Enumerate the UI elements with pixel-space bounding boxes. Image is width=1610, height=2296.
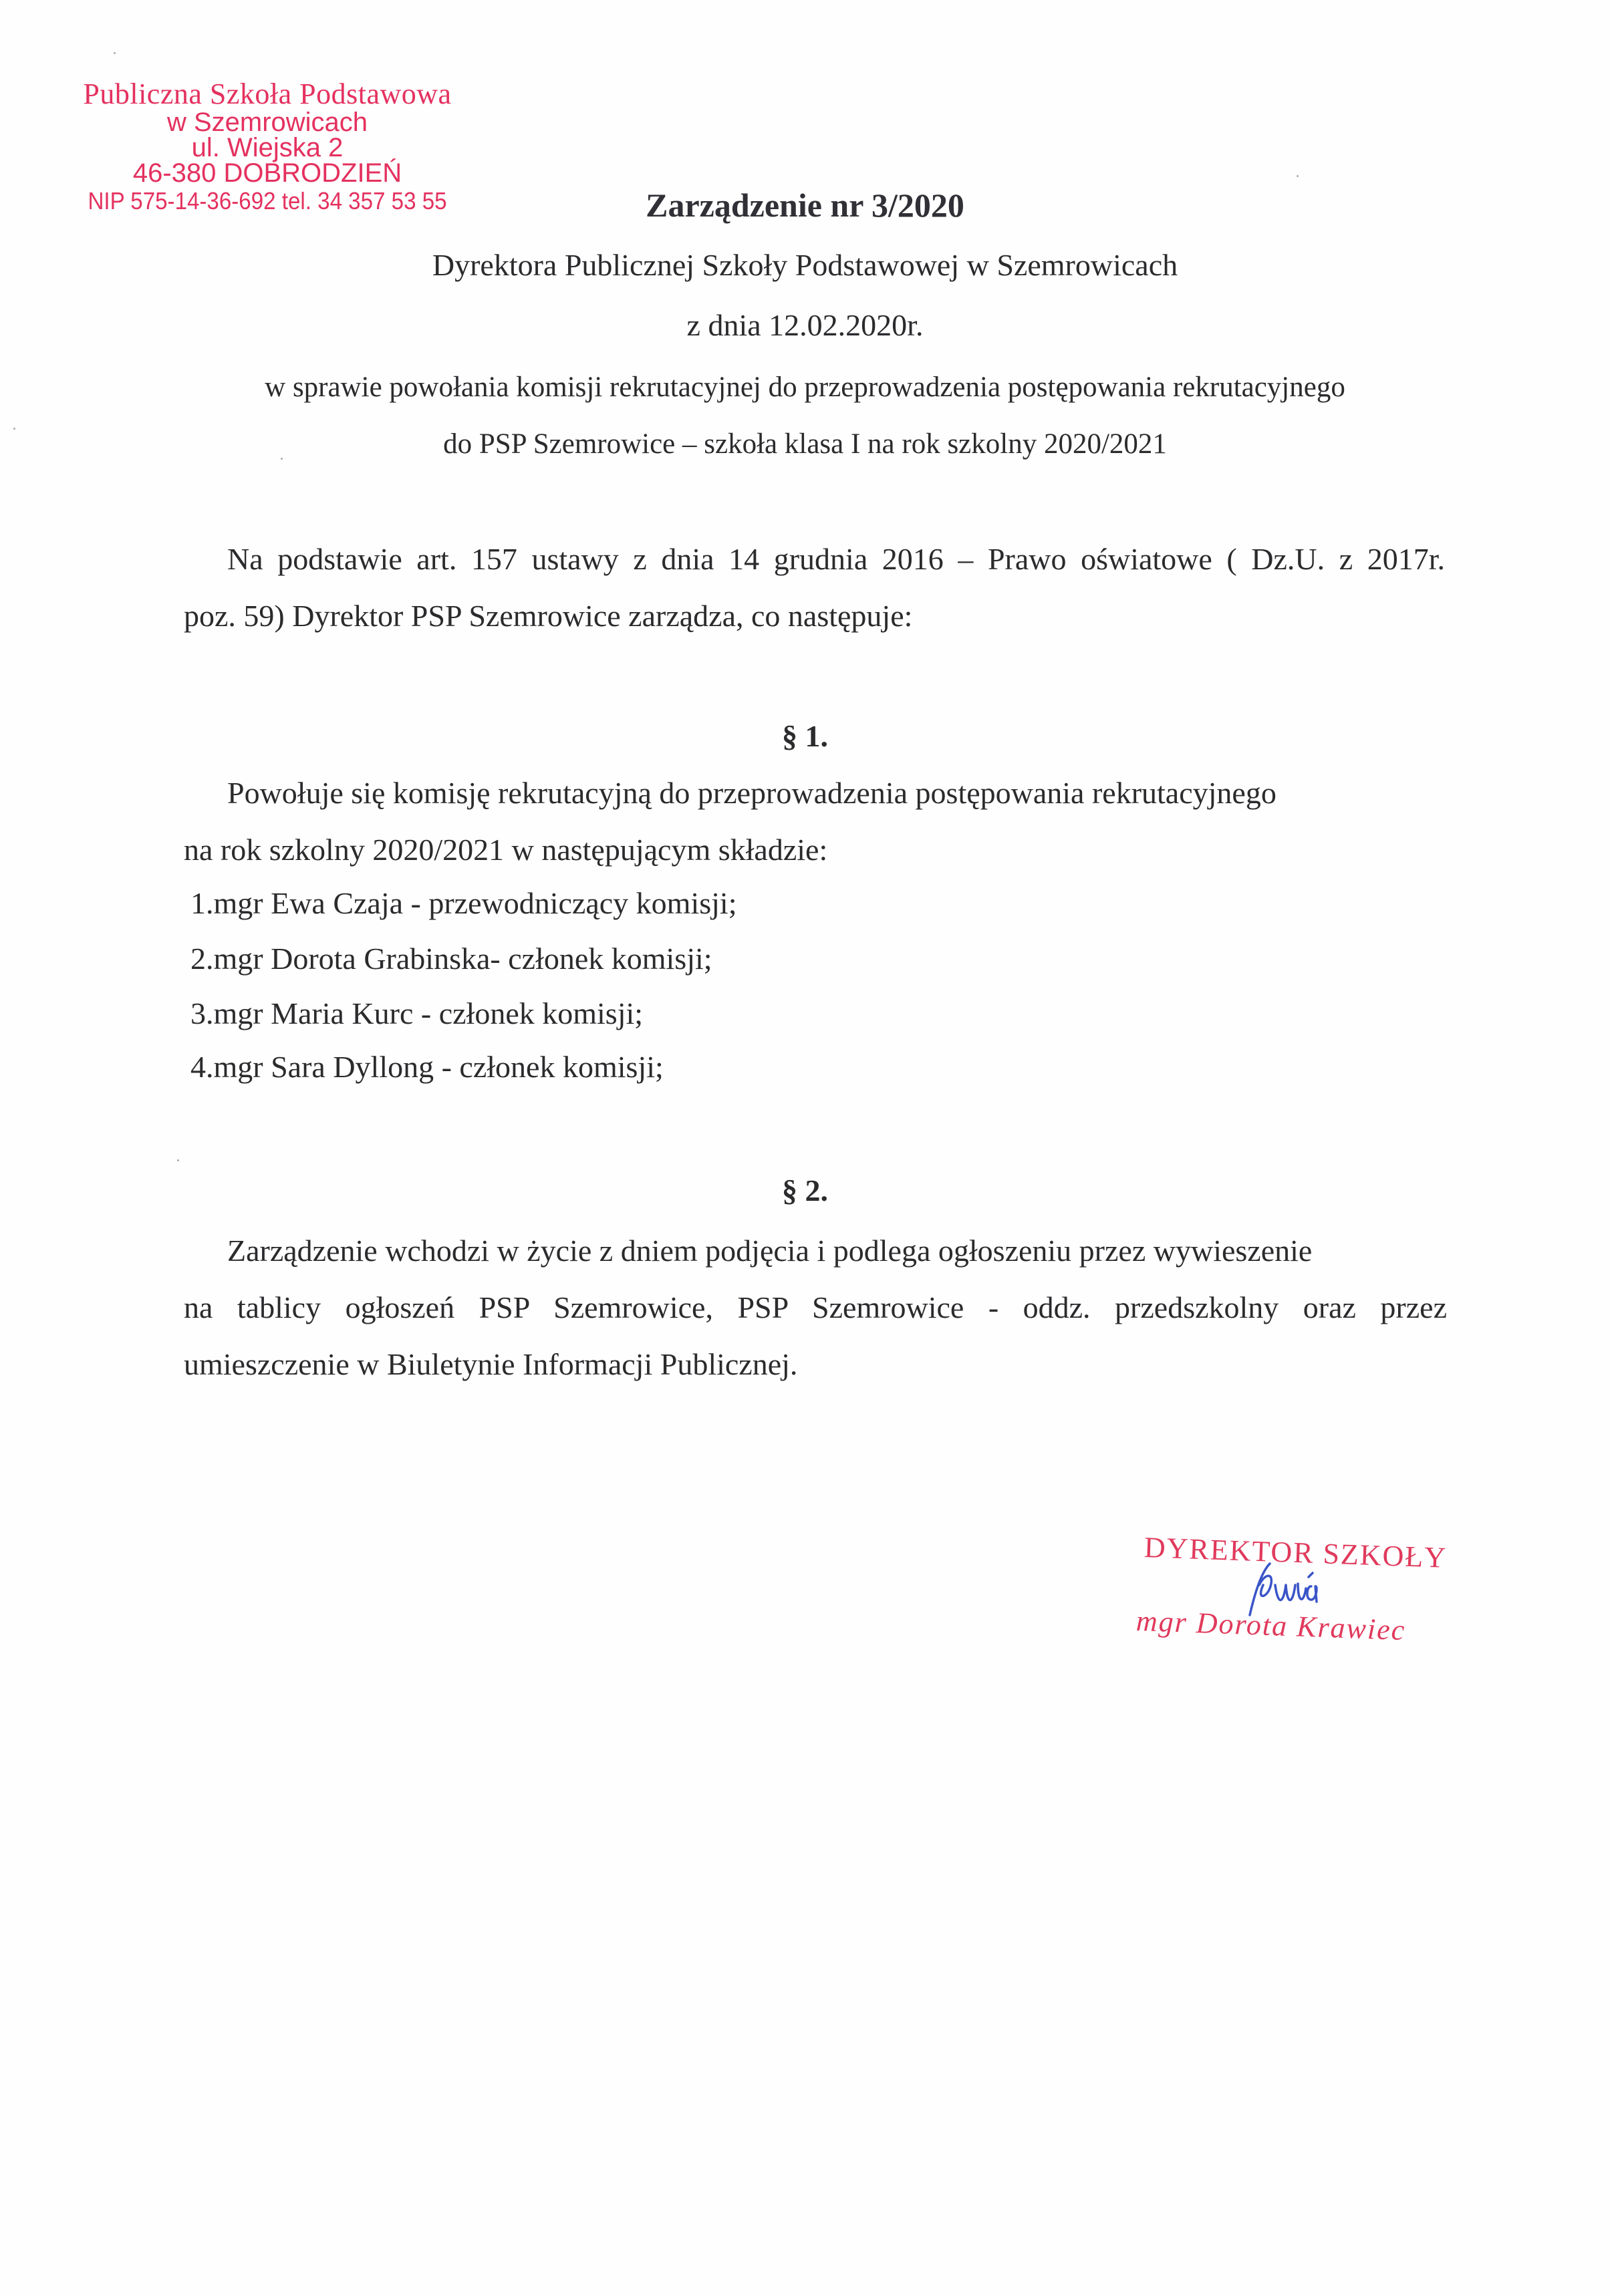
stamp-postal-city: 46-380 DOBRODZIEŃ	[70, 160, 464, 186]
section-1-line-1: Powołuje się komisję rekrutacyjną do prz…	[227, 775, 1277, 811]
stamp-street: ul. Wiejska 2	[70, 135, 464, 160]
section-1-line-2: na rok szkolny 2020/2021 w następującym …	[184, 832, 827, 867]
committee-member: 1.mgr Ewa Czaja - przewodniczący komisji…	[190, 885, 737, 921]
scan-speck	[1297, 175, 1299, 177]
subject-line-1: w sprawie powołania komisji rekrutacyjne…	[0, 371, 1610, 404]
committee-member: 3.mgr Maria Kurc - członek komisji;	[190, 996, 643, 1031]
document-title: Zarządzenie nr 3/2020	[0, 186, 1610, 225]
stamp-school-name: Publiczna Szkoła Podstawowa	[70, 79, 464, 110]
scan-speck	[114, 52, 116, 54]
issuer-line: Dyrektora Publicznej Szkoły Podstawowej …	[0, 247, 1610, 283]
date-line: z dnia 12.02.2020r.	[0, 307, 1610, 343]
subject-line-2: do PSP Szemrowice – szkoła klasa I na ro…	[0, 428, 1610, 460]
section-2-line-1: Zarządzenie wchodzi w życie z dniem podj…	[227, 1233, 1312, 1268]
section-1-mark: § 1.	[0, 718, 1610, 754]
preamble-line-1: Na podstawie art. 157 ustawy z dnia 14 g…	[227, 541, 1445, 577]
section-2-mark: § 2.	[0, 1173, 1610, 1208]
preamble-line-2: poz. 59) Dyrektor PSP Szemrowice zarządz…	[184, 598, 912, 633]
scan-speck	[177, 1159, 179, 1161]
section-2-line-3: umieszczenie w Biuletynie Informacji Pub…	[184, 1346, 797, 1382]
director-name: mgr Dorota Krawiec	[1135, 1604, 1406, 1647]
committee-member: 4.mgr Sara Dyllong - członek komisji;	[190, 1049, 664, 1085]
scan-speck	[281, 458, 283, 460]
stamp-location: w Szemrowicach	[70, 110, 464, 135]
committee-member: 2.mgr Dorota Grabinska- członek komisji;	[190, 941, 712, 976]
section-2-line-2: na tablicy ogłoszeń PSP Szemrowice, PSP …	[184, 1290, 1447, 1325]
scan-speck	[13, 428, 15, 430]
